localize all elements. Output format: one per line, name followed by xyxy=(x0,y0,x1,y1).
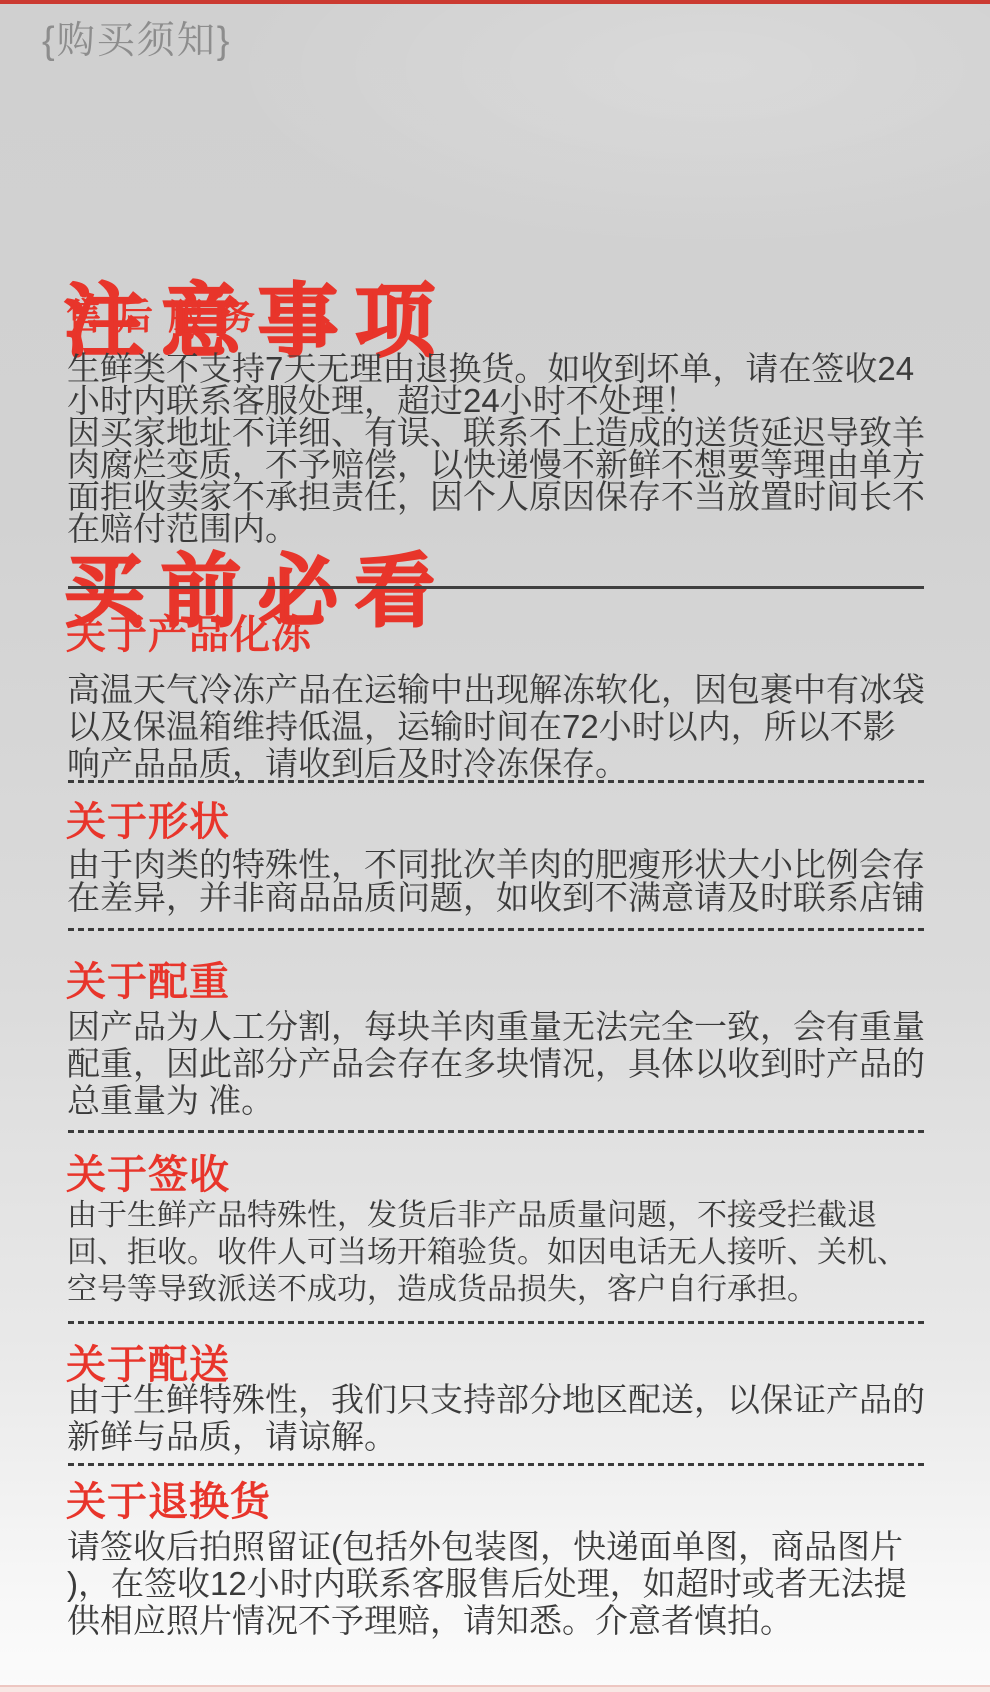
heading-return-policy: 关于退换货 xyxy=(66,1479,271,1525)
dotted-divider xyxy=(68,1321,924,1324)
dotted-divider xyxy=(68,928,924,931)
solid-divider xyxy=(68,586,924,589)
body-product-thawing: 高温天气冷冻产品在运输中出现解冻软化，因包裹中有冰袋 以及保温箱维持低温，运输时… xyxy=(67,671,925,782)
top-accent-bar xyxy=(0,0,990,4)
body-return-policy: 请签收后拍照留证(包括外包装图，快递面单图，商品图片 )，在签收12小时内联系客… xyxy=(67,1528,907,1639)
heading-weight-allocation: 关于配重 xyxy=(66,959,230,1005)
body-delivery-scope: 由于生鲜特殊性，我们只支持部分地区配送，以保证产品的 新鲜与品质，请谅解。 xyxy=(67,1381,925,1455)
purchase-notice-banner: {购买须知} 注意事项 买前必看 售后服务 生鲜类不支持7天无理由退换货。如收到… xyxy=(0,0,990,1692)
body-sign-acceptance: 由于生鲜产品特殊性，发货后非产品质量问题，不接受拦截退 回、拒收。收件人可当场开… xyxy=(67,1197,907,1308)
heading-sign-acceptance: 关于签收 xyxy=(66,1152,230,1198)
heading-product-thawing: 关于产品化冻 xyxy=(66,612,312,658)
body-product-shape: 由于肉类的特殊性，不同批次羊肉的肥瘦形状大小比例会存 在差异，并非商品品质问题，… xyxy=(67,848,925,914)
heading-product-shape: 关于形状 xyxy=(66,799,230,845)
dotted-divider xyxy=(68,1463,924,1466)
dotted-divider xyxy=(68,780,924,783)
body-after-sale-service: 生鲜类不支持7天无理由退换货。如收到坏单，请在签收24 小时内联系客服处理，超过… xyxy=(67,353,925,545)
heading-after-sale-service: 售后服务 xyxy=(66,294,270,340)
bottom-accent-bar xyxy=(0,1685,990,1692)
dotted-divider xyxy=(68,1130,924,1133)
purchase-notice-tag: {购买须知} xyxy=(42,16,231,66)
body-weight-allocation: 因产品为人工分割，每块羊肉重量无法完全一致，会有重量 配重，因此部分产品会存在多… xyxy=(67,1008,925,1119)
